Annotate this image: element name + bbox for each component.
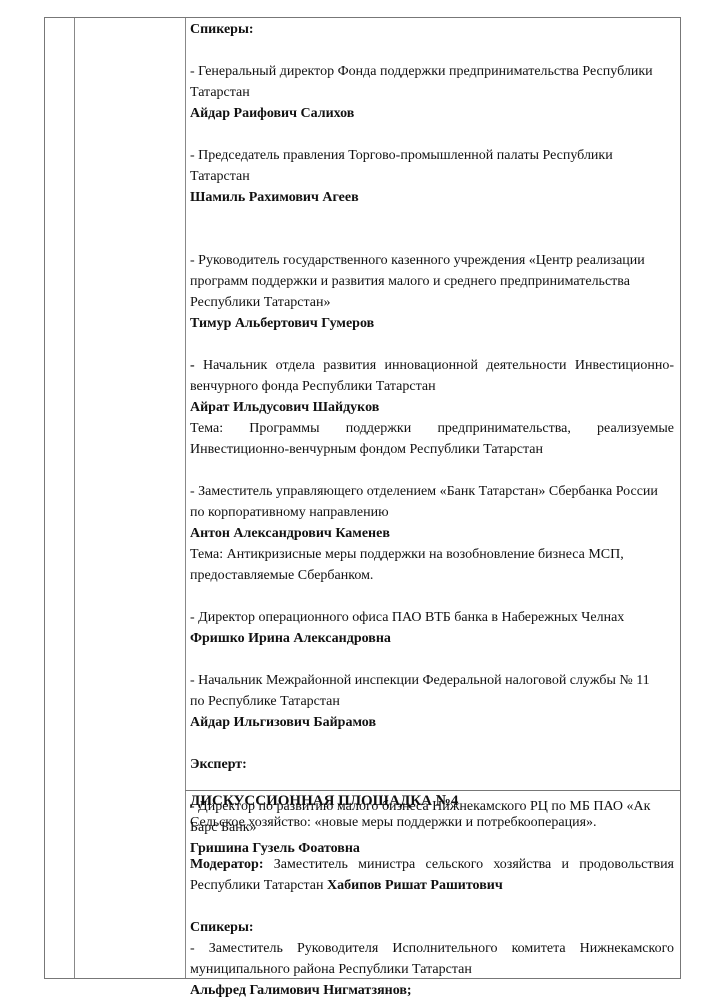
- speakers-heading: Спикеры:: [190, 917, 674, 938]
- moderator-line: Модератор: Заместитель министра сельског…: [190, 854, 674, 896]
- speaker-entry: - Директор операционного офиса ПАО ВТБ б…: [190, 607, 674, 649]
- speaker-name: Антон Александрович Каменев: [190, 523, 674, 544]
- speaker-entry: - Начальник отдела развития инновационно…: [190, 355, 674, 460]
- expert-heading: Эксперт:: [190, 754, 674, 775]
- speaker-entry: - Заместитель управляющего отделением «Б…: [190, 481, 674, 586]
- speaker-role: - Начальник Межрайонной инспекции Федера…: [190, 670, 660, 712]
- section4-cell: ДИСКУССИОННАЯ ПЛОЩАДКА №4 Сельское хозяй…: [190, 791, 674, 1000]
- section3-cell: Спикеры: - Генеральный директор Фонда по…: [190, 19, 674, 859]
- section-title: ДИСКУССИОННАЯ ПЛОЩАДКА №4: [190, 791, 674, 812]
- speaker-role: - Руководитель государственного казенног…: [190, 250, 668, 313]
- speaker-name: Фришко Ирина Александровна: [190, 628, 674, 649]
- speaker-role: - Начальник отдела развития инновационно…: [190, 355, 674, 397]
- speaker-role: - Генеральный директор Фонда поддержки п…: [190, 61, 670, 103]
- moderator-name: Хабипов Ришат Рашитович: [327, 878, 503, 893]
- speaker-name: Айдар Раифович Салихов: [190, 103, 674, 124]
- moderator-label: Модератор:: [190, 857, 264, 872]
- speaker-entry: - Генеральный директор Фонда поддержки п…: [190, 61, 674, 124]
- section-subtitle: Сельское хозяйство: «новые меры поддержк…: [190, 812, 674, 833]
- speaker-role: - Председатель правления Торгово-промышл…: [190, 145, 630, 187]
- speaker-name: Айрат Ильдусович Шайдуков: [190, 397, 674, 418]
- speaker-name: Тимур Альбертович Гумеров: [190, 313, 674, 334]
- speaker-topic: Тема: Программы поддержки предпринимател…: [190, 418, 674, 460]
- speaker-role: - Заместитель Руководителя Исполнительно…: [190, 938, 674, 980]
- speaker-name: Альфред Галимович Нигматзянов;: [190, 980, 674, 1000]
- speaker-role: - Директор операционного офиса ПАО ВТБ б…: [190, 607, 674, 628]
- speaker-topic: Тема: Антикризисные меры поддержки на во…: [190, 544, 650, 586]
- speaker-entry: - Начальник Межрайонной инспекции Федера…: [190, 670, 674, 733]
- speakers-heading: Спикеры:: [190, 19, 674, 40]
- column-divider-2: [185, 18, 186, 978]
- speaker-role: - Заместитель управляющего отделением «Б…: [190, 481, 674, 523]
- speaker-entry: - Руководитель государственного казенног…: [190, 250, 674, 334]
- speaker-entry: - Председатель правления Торгово-промышл…: [190, 145, 674, 208]
- column-divider-1: [74, 18, 75, 978]
- speaker-name: Шамиль Рахимович Агеев: [190, 187, 674, 208]
- speaker-entry: - Заместитель Руководителя Исполнительно…: [190, 938, 674, 1000]
- speaker-name: Айдар Ильгизович Байрамов: [190, 712, 674, 733]
